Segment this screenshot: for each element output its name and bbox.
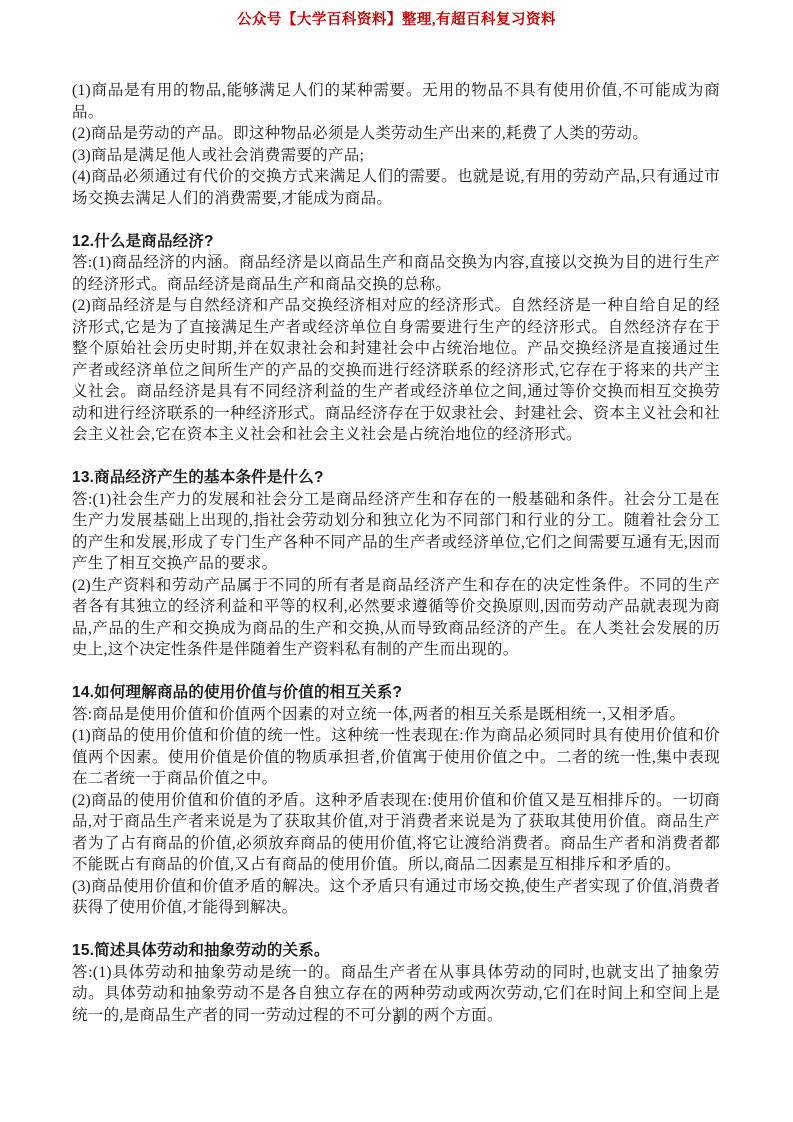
header-note: 公众号【大学百科资料】整理,有超百科复习资料: [0, 10, 793, 30]
answer-paragraph: 答:(1)社会生产力的发展和社会分工是商品经济产生和存在的一般基础和条件。社会分…: [72, 489, 720, 575]
section-heading: 12.什么是商品经济?: [72, 231, 720, 253]
answer-paragraph: (2)生产资料和劳动产品属于不同的所有者是商品经济产生和存在的决定性条件。不同的…: [72, 575, 720, 661]
answer-paragraph: (1)商品的使用价值和价值的统一性。这种统一性表现在:作为商品必须同时具有使用价…: [72, 725, 720, 790]
intro-item-2: (2)商品是劳动的产品。即这种物品必须是人类劳动生产出来的,耗费了人类的劳动。: [72, 123, 720, 145]
intro-item-1: (1)商品是有用的物品,能够满足人们的某种需要。无用的物品不具有使用价值,不可能…: [72, 80, 720, 123]
intro-item-3: (3)商品是满足他人或社会消费需要的产品;: [72, 145, 720, 167]
section-heading: 15.简述具体劳动和抽象劳动的关系。: [72, 940, 720, 962]
section-heading: 13.商品经济产生的基本条件是什么?: [72, 467, 720, 489]
answer-paragraph: (2)商品经济是与自然经济和产品交换经济相对应的经济形式。自然经济是一种自给自足…: [72, 295, 720, 446]
section-q14: 14.如何理解商品的使用价值与价值的相互关系? 答:商品是使用价值和价值两个因素…: [72, 682, 720, 919]
document-content: (1)商品是有用的物品,能够满足人们的某种需要。无用的物品不具有使用价值,不可能…: [72, 80, 720, 1026]
answer-paragraph: (3)商品使用价值和价值矛盾的解决。这个矛盾只有通过市场交换,使生产者实现了价值…: [72, 876, 720, 919]
answer-paragraph: (2)商品的使用价值和价值的矛盾。这种矛盾表现在:使用价值和价值又是互相排斥的。…: [72, 790, 720, 876]
page-number: 3: [0, 1012, 793, 1028]
section-q12: 12.什么是商品经济? 答:(1)商品经济的内涵。商品经济是以商品生产和商品交换…: [72, 231, 720, 446]
answer-paragraph: 答:商品是使用价值和价值两个因素的对立统一体,两者的相互关系是既相统一,又相矛盾…: [72, 704, 720, 726]
document-page: 公众号【大学百科资料】整理,有超百科复习资料 (1)商品是有用的物品,能够满足人…: [0, 0, 793, 1122]
answer-paragraph: 答:(1)商品经济的内涵。商品经济是以商品生产和商品交换为内容,直接以交换为目的…: [72, 252, 720, 295]
section-q13: 13.商品经济产生的基本条件是什么? 答:(1)社会生产力的发展和社会分工是商品…: [72, 467, 720, 661]
intro-item-4: (4)商品必须通过有代价的交换方式来满足人们的需要。也就是说,有用的劳动产品,只…: [72, 166, 720, 209]
section-heading: 14.如何理解商品的使用价值与价值的相互关系?: [72, 682, 720, 704]
